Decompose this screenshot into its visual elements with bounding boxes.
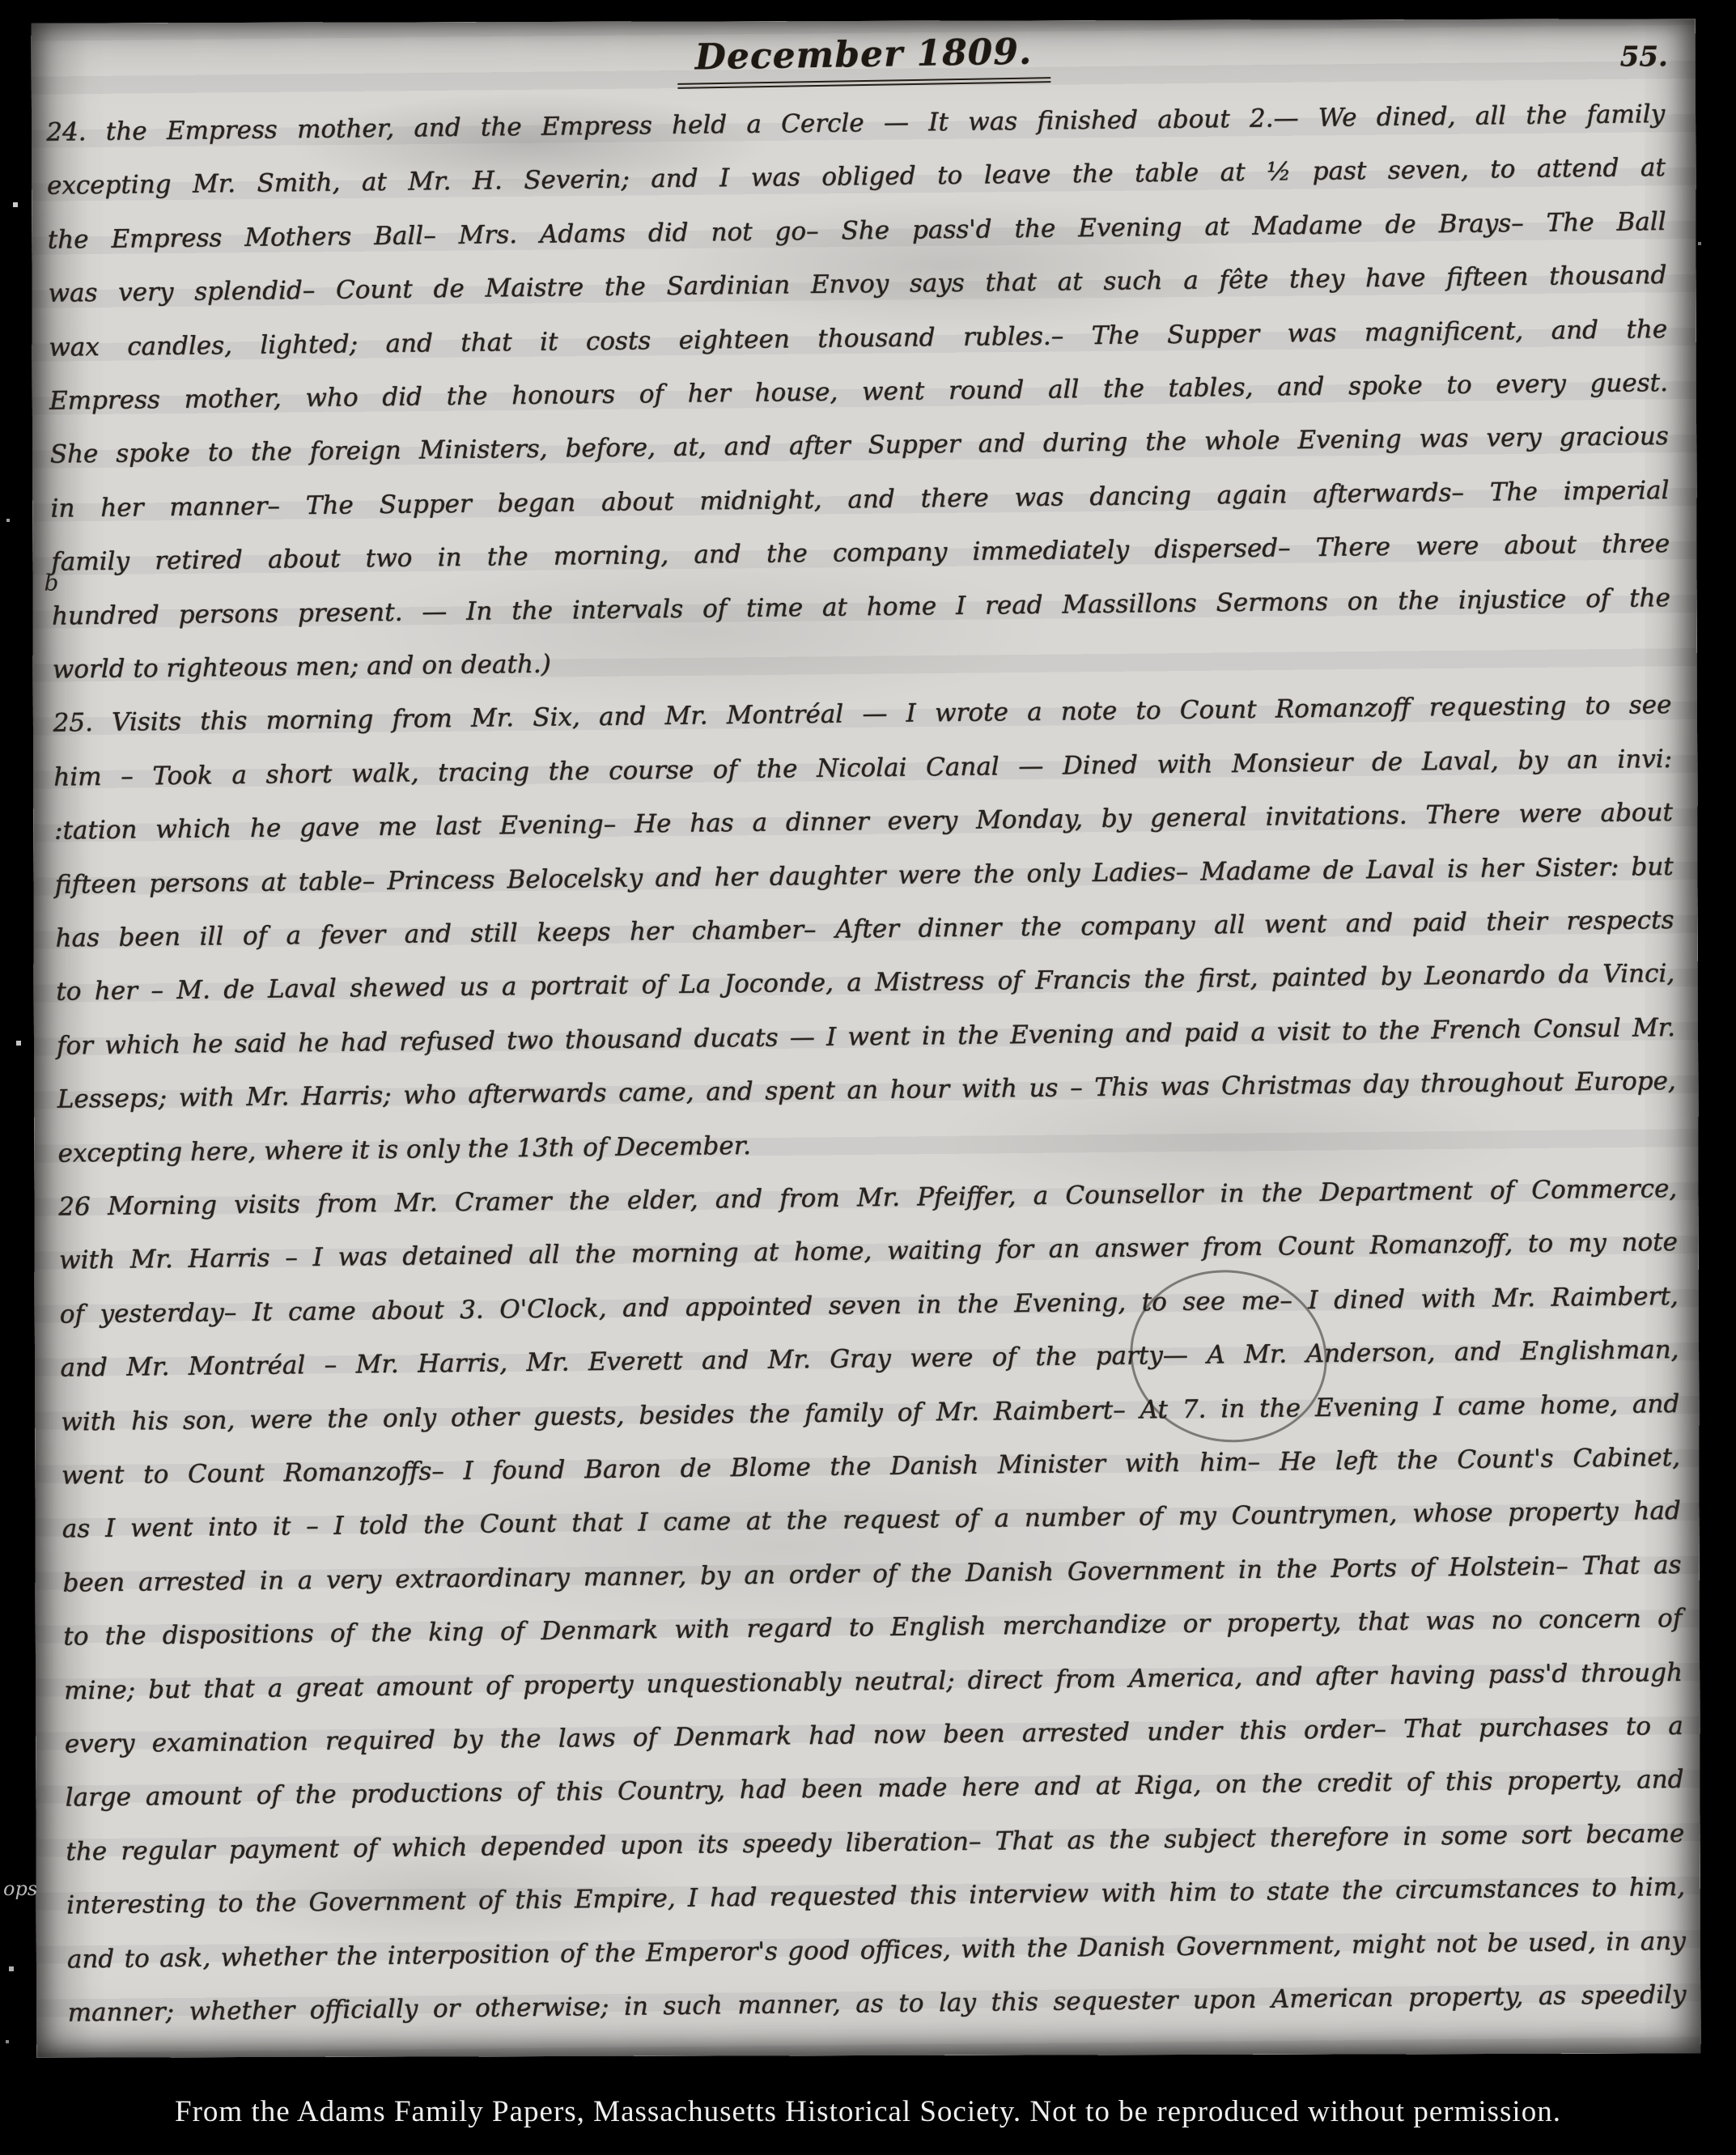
archive-credit-line: From the Adams Family Papers, Massachuse… [0, 2093, 1736, 2132]
manuscript-line: as I went into it – I told the Count tha… [62, 1495, 1681, 1545]
manuscript-line: manner; whether officially or otherwise;… [67, 1979, 1686, 2029]
page-number: 55. [1620, 43, 1668, 70]
manuscript-line: with his son, were the only other guests… [61, 1388, 1679, 1437]
manuscript-line: was very splendid– Count de Maistre the … [48, 260, 1666, 309]
manuscript-line: the regular payment of which depended up… [66, 1818, 1684, 1868]
manuscript-text: 24. the Empress mother, and the Empress … [46, 99, 1696, 2060]
manuscript-line: for which he said he had refused two tho… [57, 1012, 1675, 1062]
manuscript-line: hundred persons present. — In the interv… [52, 583, 1670, 632]
manuscript-line: to the dispositions of the king of Denma… [63, 1603, 1682, 1652]
manuscript-line: him – Took a short walk, tracing the cou… [53, 744, 1672, 793]
manuscript-line: 24. the Empress mother, and the Empress … [46, 99, 1665, 148]
manuscript-line: went to Count Romanzoffs– I found Baron … [62, 1442, 1680, 1491]
manuscript-line: 26 Morning visits from Mr. Cramer the el… [58, 1173, 1677, 1223]
manuscript-line: has been ill of a fever and still keeps … [55, 905, 1674, 954]
manuscript-line: 25. Visits this morning from Mr. Six, an… [53, 689, 1671, 739]
manuscript-line: family retired about two in the morning,… [51, 528, 1670, 578]
manuscript-line: the Empress Mothers Ball– Mrs. Adams did… [48, 206, 1666, 256]
scanned-diary-page: { "scan": { "page_number": "55.", "heade… [0, 0, 1736, 2155]
page-header: December 1809. [32, 32, 1696, 87]
manuscript-line: mine; but that a great amount of propert… [64, 1657, 1683, 1706]
manuscript-line: been arrested in a very extraordinary ma… [62, 1550, 1681, 1599]
manuscript-line: and Mr. Montréal – Mr. Harris, Mr. Evere… [60, 1334, 1679, 1384]
manuscript-line: excepting here, where it is only the 13t… [57, 1119, 1676, 1169]
diary-entry-24: 24. the Empress mother, and the Empress … [46, 99, 1674, 117]
month-year-heading: December 1809. [677, 31, 1051, 88]
manuscript-line: :tation which he gave me last Evening– H… [54, 797, 1673, 846]
gutter-text-fragment: ops [3, 1879, 37, 1898]
manuscript-line: world to righteous men; and on death.) [53, 636, 1671, 685]
manuscript-line: She spoke to the foreign Ministers, befo… [50, 421, 1669, 470]
manuscript-line: large amount of the productions of this … [65, 1764, 1683, 1814]
inserted-letter-mark: b [44, 572, 58, 595]
manuscript-page: December 1809. 55. 24. the Empress mothe… [32, 19, 1701, 2057]
manuscript-line: interesting to the Government of this Em… [66, 1872, 1685, 1921]
manuscript-line: wax candles, lighted; and that it costs … [49, 314, 1667, 363]
manuscript-line: of yesterday– It came about 3. O'Clock, … [60, 1281, 1679, 1330]
scan-noise-specks [0, 0, 2, 2]
manuscript-line: and to ask, whether the interposition of… [67, 1925, 1686, 1975]
manuscript-line: every examination required by the laws o… [65, 1711, 1683, 1760]
manuscript-line: Lesseps; with Mr. Harris; who afterwards… [57, 1066, 1676, 1115]
manuscript-line: fifteen persons at table– Princess Beloc… [55, 851, 1674, 900]
manuscript-line: with Mr. Harris – I was detained all the… [59, 1227, 1678, 1276]
manuscript-line: to her – M. de Laval shewed us a portrai… [56, 958, 1674, 1008]
manuscript-line: in her manner– The Supper began about mi… [50, 475, 1669, 524]
manuscript-line: excepting Mr. Smith, at Mr. H. Severin; … [47, 152, 1666, 202]
manuscript-line: Empress mother, who did the honours of h… [49, 367, 1668, 417]
